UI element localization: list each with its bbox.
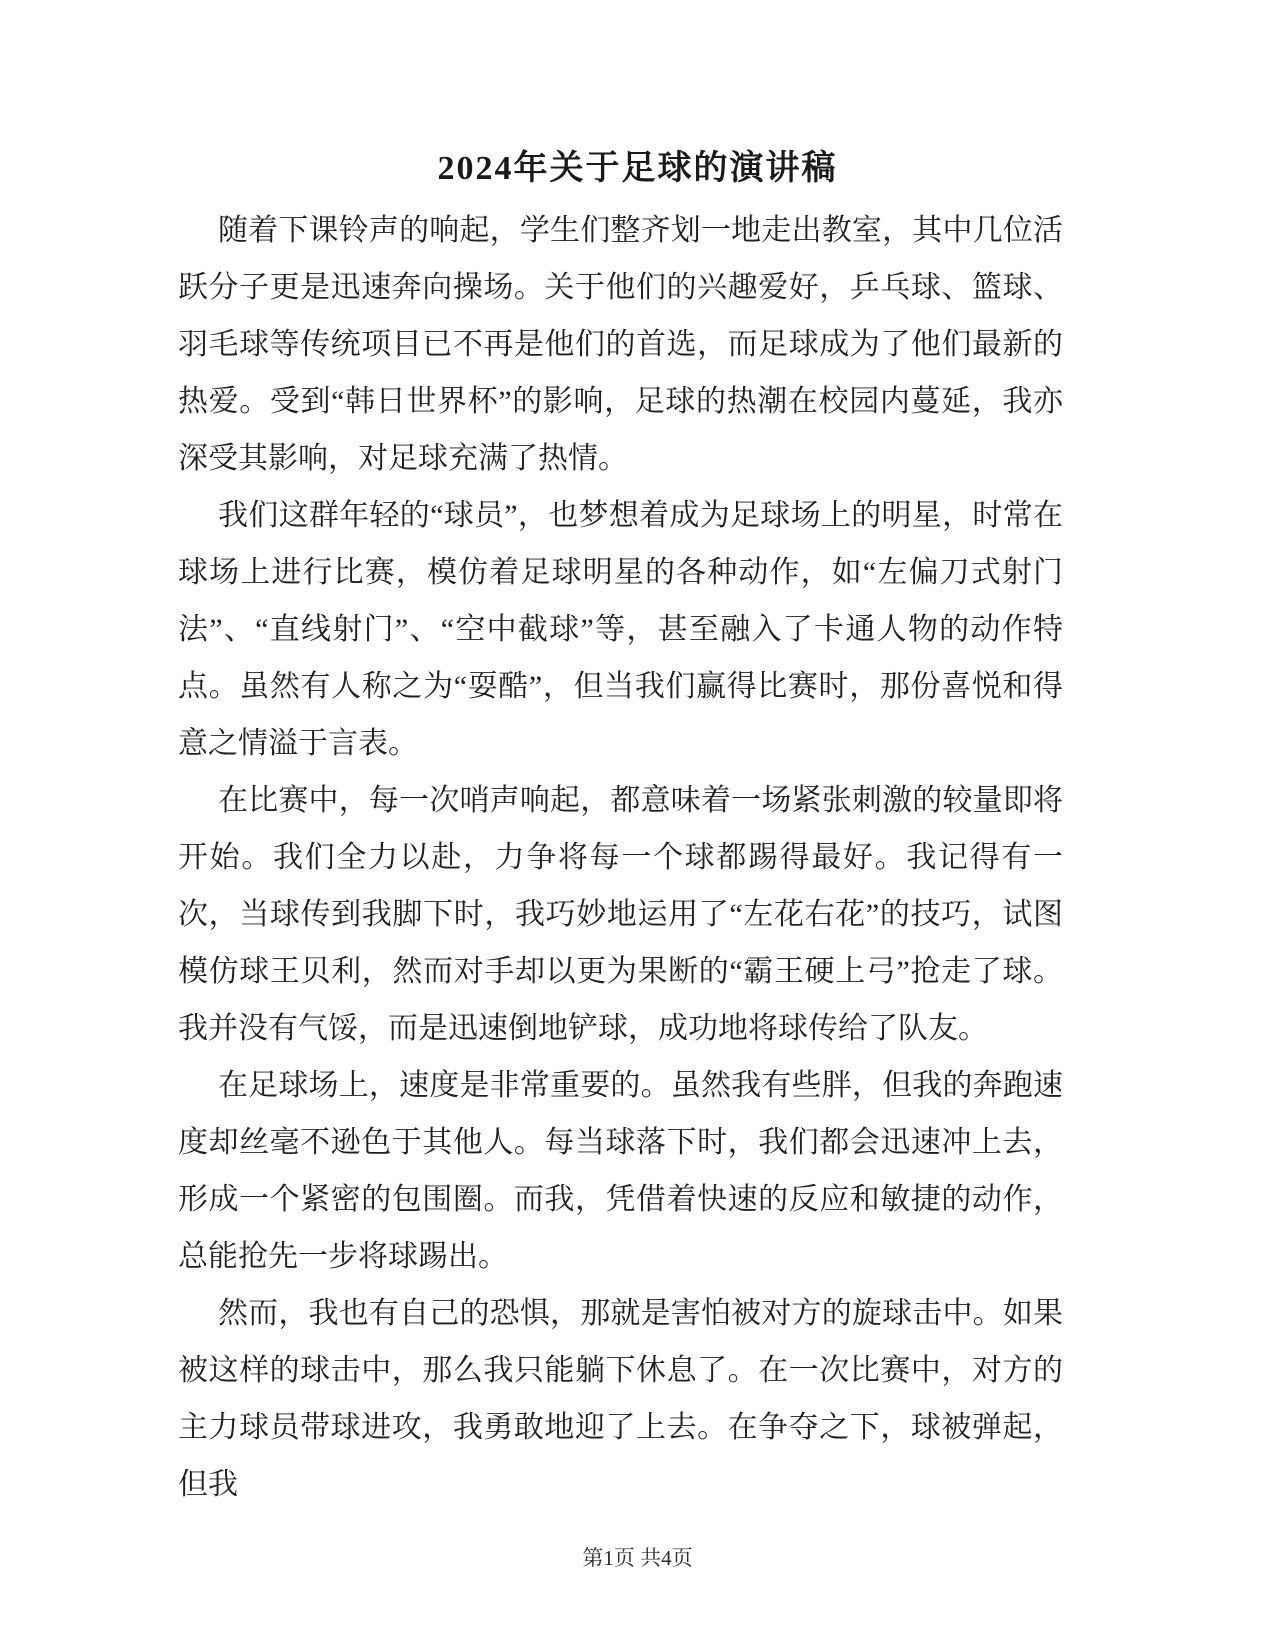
- document-body: 随着下课铃声的响起，学生们整齐划一地走出教室，其中几位活跃分子更是迅速奔向操场。…: [178, 202, 1063, 1513]
- page-footer: 第1页 共4页: [0, 1544, 1275, 1572]
- paragraph: 随着下课铃声的响起，学生们整齐划一地走出教室，其中几位活跃分子更是迅速奔向操场。…: [178, 202, 1063, 487]
- page-number-label: 第1页 共4页: [582, 1546, 692, 1570]
- paragraph: 我们这群年轻的“球员”，也梦想着成为足球场上的明星，时常在球场上进行比赛，模仿着…: [178, 487, 1063, 772]
- paragraph: 然而，我也有自己的恐惧，那就是害怕被对方的旋球击中。如果被这样的球击中，那么我只…: [178, 1285, 1063, 1513]
- document-page: 2024年关于足球的演讲稿 随着下课铃声的响起，学生们整齐划一地走出教室，其中几…: [0, 0, 1275, 1650]
- paragraph: 在比赛中，每一次哨声响起，都意味着一场紧张刺激的较量即将开始。我们全力以赴，力争…: [178, 772, 1063, 1057]
- document-title: 2024年关于足球的演讲稿: [0, 146, 1275, 192]
- paragraph: 在足球场上，速度是非常重要的。虽然我有些胖，但我的奔跑速度却丝毫不逊色于其他人。…: [178, 1057, 1063, 1285]
